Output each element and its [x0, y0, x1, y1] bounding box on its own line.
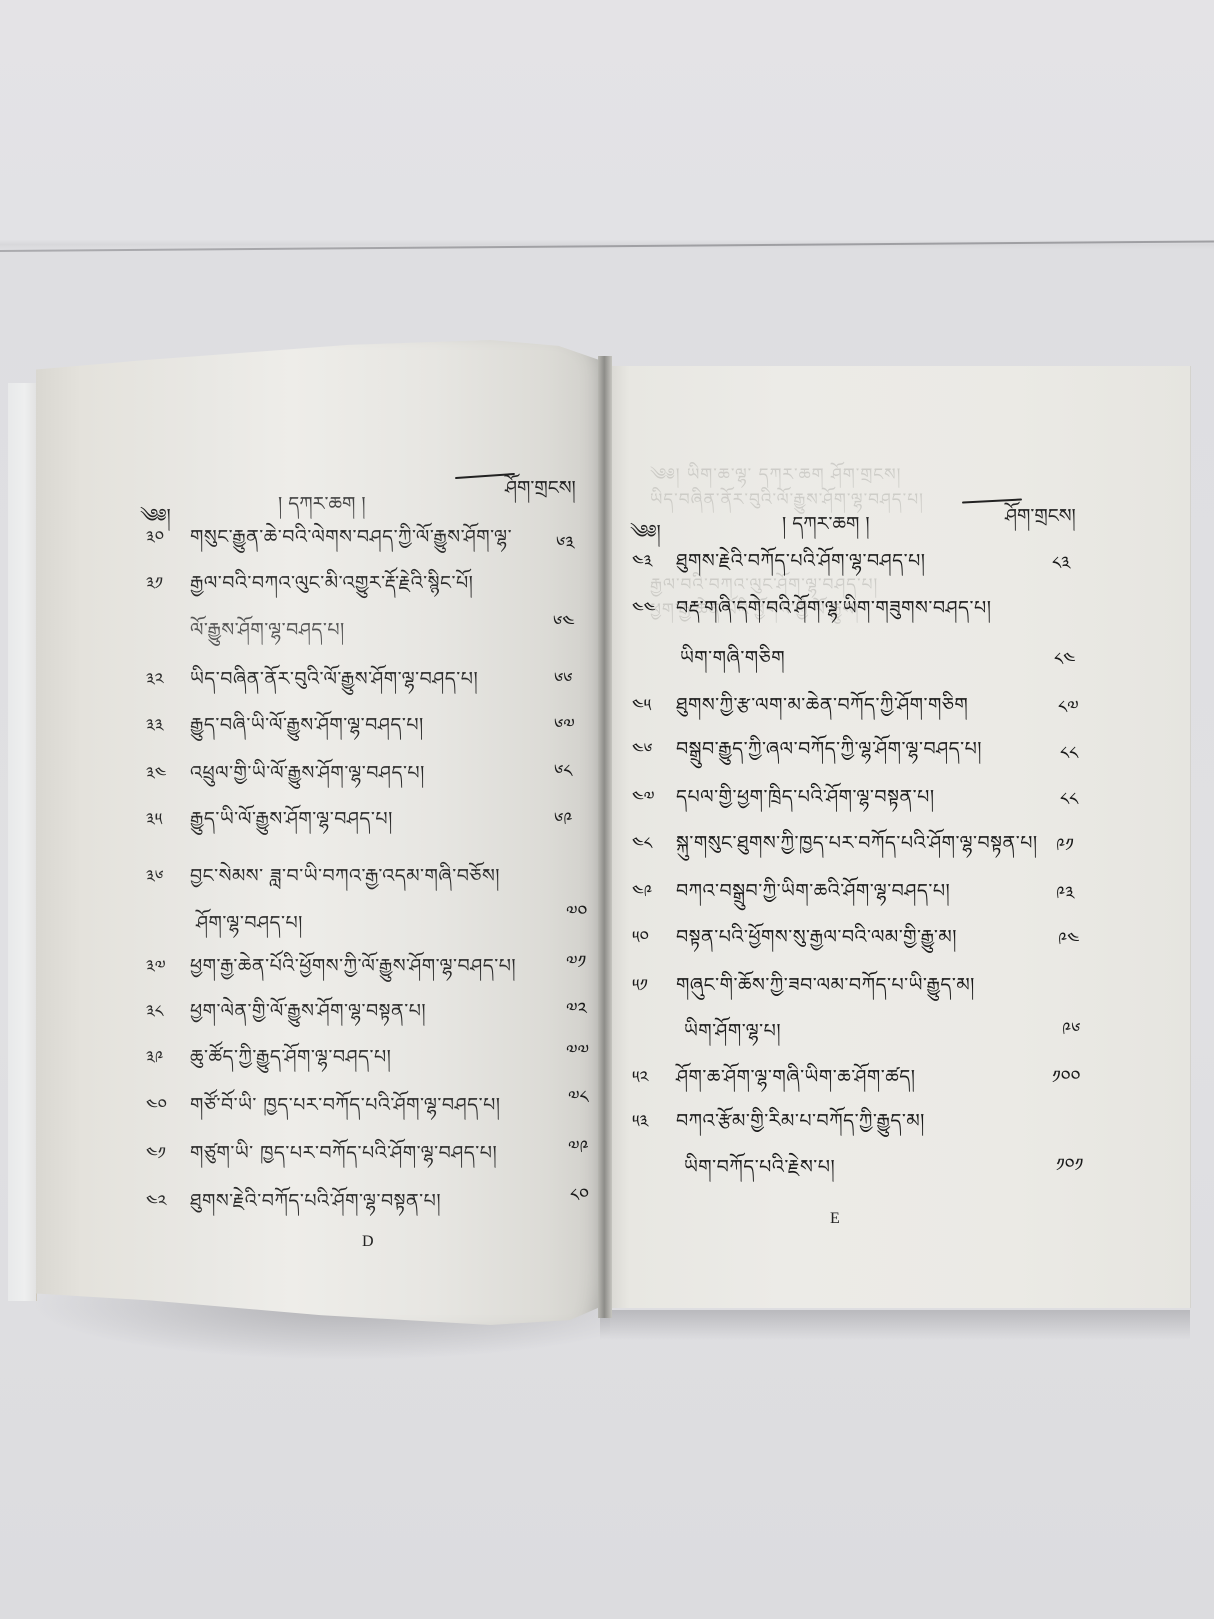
toc-entry: ༣༠གསུང་རྒྱུན་ཆེ་བའི་ལེགས་བཤད་ཀྱི་ལོ་རྒྱུ… [146, 524, 512, 550]
toc-entry: ༣༦བྱང་སེམས་ ཟླ་བ་ཡི་བཀའ་རྒྱ་འདམ་གཞི་བཅོས… [146, 863, 500, 889]
book-shadow [600, 1310, 1190, 1340]
toc-entry: ༤༤བརྡ་གཞི་དགེ་བའི་ཤོག་ལྷ་ཡིག་གཟུགས་བཤད་པ… [632, 595, 991, 621]
header-page-label: ཤོག་གྲངས། [1005, 494, 1076, 548]
toc-entry: ༤༣ཐུགས་རྗེའི་བཀོད་པའི་ཤོག་ལྷ་བཤད་པ། [632, 548, 926, 574]
toc-entry: ༥༠བསྟན་པའི་ཕྱོགས་སུ་རྒྱལ་བའི་ལམ་གྱི་རྒྱུ… [632, 924, 957, 950]
toc-entry: ༣༩ཆུ་ཚོད་ཀྱི་རྒྱུད་ཤོག་ལྷ་བཤད་པ། [146, 1044, 391, 1070]
page-number: ༦༦ [554, 660, 573, 710]
toc-entry-continuation: ཡིག་ཤོག་ལྷ་པ། [684, 1018, 781, 1043]
toc-entry: ༥༡གཞུང་གི་ཆོས་ཀྱི་ཟབ་ལམ་བཀོད་པ་ཡི་རྒྱུད་… [632, 972, 975, 998]
toc-entry: ༤༠གཙོ་བོ་ཡི་ ཁྱད་པར་བཀོད་པའི་ཤོག་ལྷ་བཤད་… [146, 1092, 500, 1118]
toc-entry-continuation: ལོ་རྒྱུས་ཤོག་ལྷ་བཤད་པ། [190, 617, 345, 642]
page-number: ༦༨ [554, 752, 572, 802]
page-number: ༨༨ [1060, 734, 1078, 784]
toc-entry: ༤༦བསྒྲུབ་རྒྱུད་ཀྱི་ཞལ་བཀོད་ཀྱི་ལྷ་ཤོག་ལྷ… [632, 736, 982, 762]
toc-entry: ༤༥ཐུགས་ཀྱི་རྩ་ལག་མ་ཆེན་བཀོད་ཀྱི་ཤོག་གཅིག [632, 692, 968, 718]
page-number: ༦༣ [556, 524, 575, 574]
toc-entry: ༥༢ཤོག་ཆ་ཤོག་ལྷ་གཞི་ཡིག་ཆ་ཤོག་ཚད། [632, 1064, 916, 1090]
toc-entry: ༤༢ཐུགས་རྗེའི་བཀོད་པའི་ཤོག་ལྷ་བསྟན་པ། [146, 1188, 441, 1214]
page-number: ༨༠ [570, 1176, 589, 1226]
background-paper-seam [0, 240, 1214, 252]
toc-entry: ༣༣རྒྱུད་བཞི་ཡི་ལོ་རྒྱུས་ཤོག་ལྷ་བཤད་པ། [146, 712, 424, 738]
header-page-label: ཤོག་གྲངས། [505, 466, 576, 520]
page-number: ༨༣ [1052, 544, 1070, 594]
toc-entry: ༣༢ཡིད་བཞིན་ནོར་བུའི་ལོ་རྒྱུས་ཤོག་ལྷ་བཤད་… [146, 666, 478, 692]
page-number: ༩༣ [1056, 874, 1074, 924]
page-number: ༧༩ [568, 1128, 589, 1178]
toc-entry-continuation: ཡིག་གཞི་གཅིག [680, 645, 785, 670]
toc-entry: ༥༣བཀའ་རྩོམ་གྱི་རིམ་པ་བཀོད་ཀྱི་རྒྱུད་མ། [632, 1108, 925, 1134]
page-number: ༡༠༡ [1056, 1146, 1083, 1196]
toc-entry: ༤༧དཔལ་གྱི་ཕྱག་ཁྲིད་པའི་ཤོག་ལྷ་བསྟན་པ། [632, 784, 935, 810]
page-number: ༦༤ [553, 603, 575, 653]
toc-entry-continuation: ཤོག་ལྷ་བཤད་པ། [196, 910, 303, 935]
page-number: ༦༧ [554, 706, 575, 756]
toc-entry: ༤༩བཀའ་བསྒྲུབ་ཀྱི་ཡིག་ཆའི་ཤོག་ལྷ་བཤད་པ། [632, 878, 950, 904]
page-number: ༦༩ [554, 800, 572, 850]
book-gutter [598, 356, 612, 1318]
page-number: ༧༠ [566, 893, 587, 943]
page-number: ༡༠༠ [1052, 1058, 1080, 1108]
page-number: ༧༨ [568, 1078, 589, 1128]
toc-entry: ༤༡གཙུག་ཡི་ ཁྱད་པར་བཀོད་པའི་ཤོག་ལྷ་བཤད་པ། [146, 1140, 497, 1166]
folio-letter: E [830, 1210, 840, 1228]
toc-entry: ༣༧ཕྱག་རྒྱ་ཆེན་པོའི་ཕྱོགས་ཀྱི་ལོ་རྒྱུས་ཤོ… [146, 953, 516, 979]
page-number: ༨༨ [1060, 780, 1078, 830]
page-number: ༨༧ [1058, 688, 1079, 738]
page-number: ༩༡ [1056, 826, 1074, 876]
page-number: ༩༤ [1058, 920, 1079, 970]
toc-entry-continuation: ཡིག་བཀོད་པའི་རྗེས་པ། [684, 1154, 835, 1179]
toc-entry: ༣༤འཕྲུལ་གྱི་ཡི་ལོ་རྒྱུས་ཤོག་ལྷ་བཤད་པ། [146, 760, 425, 786]
toc-entry: ༣༨ཕྱག་ལེན་གྱི་ལོ་རྒྱུས་ཤོག་ལྷ་བསྟན་པ། [146, 998, 426, 1024]
folio-letter: D [362, 1233, 374, 1251]
toc-entry: ༣༡རྒྱལ་བའི་བཀའ་ལུང་མི་འགྱུར་རྡོ་རྗེའི་སྙ… [146, 570, 473, 596]
toc-entry: ༣༥རྒྱུད་ཡི་ལོ་རྒྱུས་ཤོག་ལྷ་བཤད་པ། [146, 806, 393, 832]
page-number: ༧༧ [566, 1032, 589, 1082]
book-cover-edge [8, 383, 37, 1301]
toc-entry: ༤༨སྐུ་གསུང་ཐུགས་ཀྱི་ཁྱད་པར་བཀོད་པའི་ཤོག་… [632, 830, 1038, 856]
page-number: ༧༡ [566, 943, 586, 993]
page-number: ༨༤ [1054, 640, 1075, 690]
page-number: ༩༦ [1062, 1010, 1080, 1060]
